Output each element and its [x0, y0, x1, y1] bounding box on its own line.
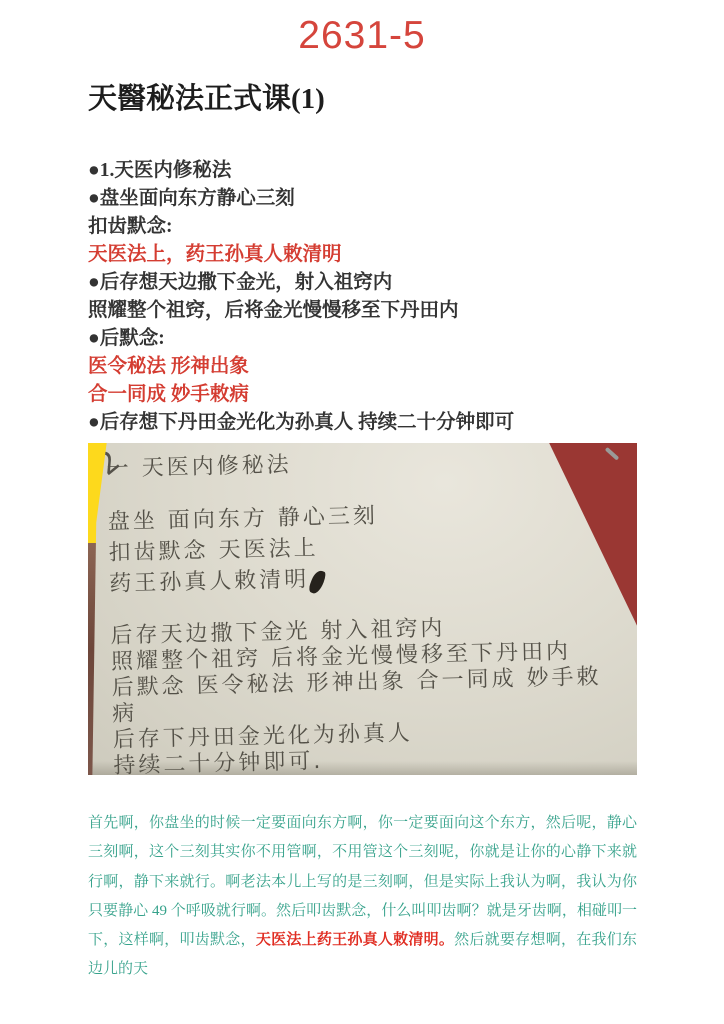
highlighted-mantra: 天医法上药王孙真人敕清明。	[256, 932, 454, 948]
commentary-paragraph: 首先啊，你盘坐的时候一定要面向东方啊，你一定要面向这个东方，然后呢，静心三刻啊，…	[88, 809, 637, 985]
instruction-line: ●盘坐面向东方静心三刻	[88, 185, 636, 213]
photo-of-handwritten-note: 2 一 天医内修秘法 盘坐 面向东方 静心三刻 扣齿默念 天医法上 药王孙真人敕…	[88, 443, 637, 775]
instruction-line: ●1.天医内修秘法	[88, 157, 636, 185]
mantra-line: 合一同成 妙手敕病	[88, 381, 636, 409]
instruction-line: ●后存想下丹田金光化为孙真人 持续二十分钟即可	[88, 409, 636, 437]
mantra-line: 天医法上，药王孙真人敕清明	[88, 241, 636, 269]
instruction-line: 扣齿默念:	[88, 213, 636, 241]
ink-blot	[307, 569, 327, 596]
instruction-line: 照耀整个祖窍，后将金光慢慢移至下丹田内	[88, 297, 636, 325]
mantra-line: 医令秘法 形神出象	[88, 353, 636, 381]
instruction-line: ●后默念:	[88, 325, 636, 353]
note-paper: 2 一 天医内修秘法 盘坐 面向东方 静心三刻 扣齿默念 天医法上 药王孙真人敕…	[88, 443, 637, 775]
doc-number: 2631-5	[0, 14, 724, 58]
document-page: 2631-5 天醫秘法正式课(1) ●1.天医内修秘法 ●盘坐面向东方静心三刻 …	[0, 0, 724, 1024]
page-title: 天醫秘法正式课(1)	[88, 76, 325, 117]
handwritten-note: 2 一 天医内修秘法 盘坐 面向东方 静心三刻 扣齿默念 天医法上 药王孙真人敕…	[106, 443, 618, 775]
handwritten-line: 一 天医内修秘法	[106, 443, 612, 484]
pen	[582, 443, 637, 494]
handwritten-line-text: 药王孙真人敕清明	[109, 567, 310, 597]
commentary-text-pre: 首先啊，你盘坐的时候一定要面向东方啊，你一定要面向这个东方，然后呢，静心三刻啊，…	[88, 815, 637, 948]
instruction-list: ●1.天医内修秘法 ●盘坐面向东方静心三刻 扣齿默念: 天医法上，药王孙真人敕清…	[88, 157, 636, 437]
instruction-line: ●后存想天边撒下金光，射入祖窍内	[88, 269, 636, 297]
